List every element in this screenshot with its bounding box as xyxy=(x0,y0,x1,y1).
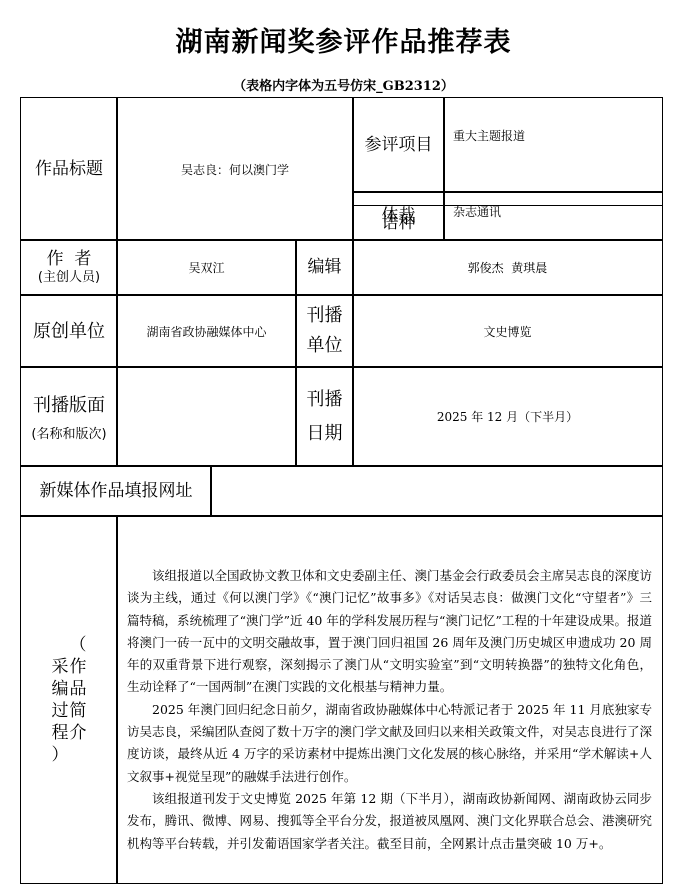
text: 刊播版面 xyxy=(33,388,105,424)
text: 介 xyxy=(70,722,87,744)
text: 编 xyxy=(52,678,69,700)
description-paragraph: 2025 年澳门回归纪念日前夕，湖南省政协融媒体中心特派记者于 2025 年 1… xyxy=(127,699,652,788)
text: 郭俊杰 黄琪晨 xyxy=(468,259,548,276)
editor-label: 编辑 xyxy=(295,239,354,296)
description-label-col-1: （ 作 品 简 介 xyxy=(70,634,87,766)
text: 简 xyxy=(70,700,87,722)
description-paragraph: 该组报道刊发于文史博览 2025 年第 12 期（下半月），湖南政协新闻网、湖南… xyxy=(127,788,652,855)
category-field[interactable]: 重大主题报道 xyxy=(443,97,663,193)
text: 日期 xyxy=(307,417,343,451)
text: 作 xyxy=(70,656,87,678)
text: 湖南省政协融媒体中心 xyxy=(146,323,266,340)
text: 语种 xyxy=(382,211,416,236)
publish-date-field[interactable]: 2025 年 12 月（下半月） xyxy=(352,366,663,467)
new-media-url-field[interactable] xyxy=(210,465,663,517)
author-label: 作 者 (主创人员) xyxy=(20,239,118,296)
text: 文史博览 xyxy=(483,323,531,340)
text: 品 xyxy=(70,678,87,700)
text: ） xyxy=(52,744,69,766)
text: 原创单位 xyxy=(33,319,105,344)
text: 编辑 xyxy=(308,255,342,280)
page-title: 湖南新闻奖参评作品推荐表 xyxy=(0,20,687,59)
text: 参评项目 xyxy=(365,133,433,158)
publish-unit-field[interactable]: 文史博览 xyxy=(352,294,663,368)
text: 重大主题报道 xyxy=(453,127,525,144)
text xyxy=(75,744,80,766)
origin-unit-label: 原创单位 xyxy=(20,294,118,368)
new-media-url-label: 新媒体作品填报网址 xyxy=(20,465,212,517)
publish-unit-label: 刊播 单位 xyxy=(295,294,354,368)
description-paragraph: 该组报道以全国政协文教卫体和文史委副主任、澳门基金会行政委员会主席吴志良的深度访… xyxy=(127,565,652,699)
category-label: 参评项目 xyxy=(352,97,445,193)
publish-page-field[interactable] xyxy=(116,366,297,467)
text: 采 xyxy=(52,656,69,678)
text: 2025 年 12 月（下半月） xyxy=(437,408,578,425)
description-label-col-2: 采 编 过 程 ） xyxy=(52,634,69,766)
text: (名称和版次) xyxy=(31,424,106,446)
text: 作品标题 xyxy=(35,157,103,182)
origin-unit-field[interactable]: 湖南省政协融媒体中心 xyxy=(116,294,297,368)
text: 过 xyxy=(52,700,69,722)
work-title-field[interactable]: 吴志良：何以澳门学 xyxy=(116,97,354,241)
text: （ xyxy=(70,634,87,656)
language-label: 语种 xyxy=(352,205,445,241)
text: 吴志良：何以澳门学 xyxy=(181,161,289,178)
text: 刊播 xyxy=(307,383,343,417)
text: 新媒体作品填报网址 xyxy=(40,479,193,504)
text: 单位 xyxy=(307,331,343,361)
description-label: （ 作 品 简 介 采 编 过 程 ） xyxy=(20,515,118,884)
text: 刊播 xyxy=(307,301,343,331)
description-field[interactable]: 该组报道以全国政协文教卫体和文史委副主任、澳门基金会行政委员会主席吴志良的深度访… xyxy=(116,515,663,884)
publish-date-label: 刊播 日期 xyxy=(295,366,354,467)
font-note: （表格内字体为五号仿宋_GB2312） xyxy=(0,75,687,94)
text: (主创人员) xyxy=(38,269,100,287)
text: 吴双江 xyxy=(188,259,224,276)
work-title-label: 作品标题 xyxy=(20,97,118,241)
author-field[interactable]: 吴双江 xyxy=(116,239,297,296)
publish-page-label: 刊播版面 (名称和版次) xyxy=(20,366,118,467)
editor-field[interactable]: 郭俊杰 黄琪晨 xyxy=(352,239,663,296)
text: 程 xyxy=(52,722,69,744)
text xyxy=(57,634,62,656)
text: 作 者 xyxy=(47,249,92,269)
language-field[interactable] xyxy=(443,205,663,241)
